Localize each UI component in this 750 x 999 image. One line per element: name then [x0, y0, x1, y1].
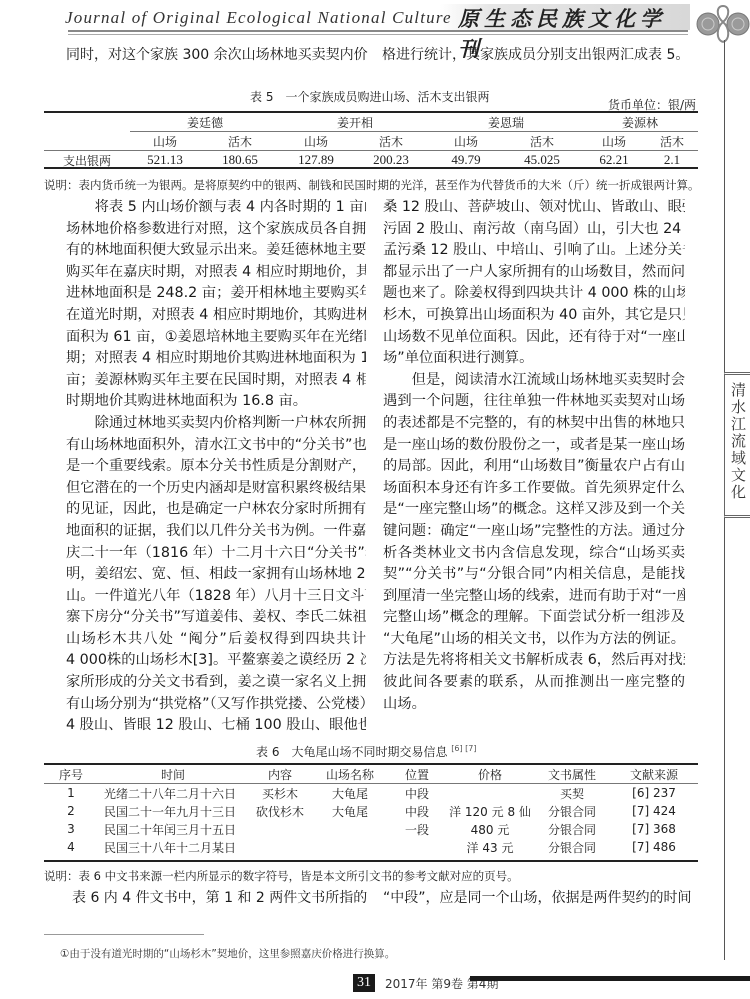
intro-left: 同时，对这个家族 300 余次山场林地买卖契内价 [66, 44, 368, 64]
table6-cell: 买契 [534, 784, 610, 803]
table6-cell: 分银合同 [534, 820, 610, 838]
table6-cell: 大龟尾 [312, 784, 388, 803]
table6-cell: 买杉木 [248, 784, 312, 803]
text-line: 是“一座完整山场”的概念。这样又涉及到一个关 [383, 499, 685, 521]
text-line: 4 股山、皆眼 12 股山、七桶 100 股山、眼他也山、丢 [66, 715, 366, 737]
table5-person: 姜恩瑞 [430, 113, 582, 132]
table5-bottom-rule [44, 167, 698, 169]
text-line: 面积为 61 亩，①姜恩培林地主要购买年在光绪时 [66, 327, 366, 349]
table6-row: 4 民国三十八年十二月某日 洋 43 元 分银合同 [7] 486 [44, 838, 698, 856]
footnote: ①由于没有道光时期的“山场杉木”契地价，这里参照嘉庆价格进行换算。 [60, 946, 395, 961]
table6-cell: 洋 43 元 [446, 838, 534, 856]
journal-title-cn: 原生态民族文化学刊 [458, 3, 688, 29]
text-line: 将表 5 内山场价额与表 4 内各时期的 1 亩山 [66, 197, 366, 219]
text-line: 庆二十一年（1816 年）十二月十六日“分关书”表 [66, 543, 366, 565]
text-line: “大龟尾”山场的相关文书，以作为方法的例证。 [383, 629, 685, 651]
table6-cell: 中段 [388, 784, 446, 803]
footer-bar [470, 976, 750, 981]
table6-cell: [6] 237 [610, 784, 698, 803]
table6-row: 1 光绪二十八年二月十六日 买杉木 大龟尾 中段 买契 [6] 237 [44, 784, 698, 803]
table6-cell: [7] 368 [610, 820, 698, 838]
text-line: 题也来了。除姜权得到四块共计 4 000 株的山场 [383, 283, 685, 305]
table6-row: 2 民国二十一年九月十三日 砍伐杉木 大龟尾 中段 洋 120 元 8 仙 分银… [44, 802, 698, 820]
table6-cell: 民国三十八年十二月某日 [98, 838, 248, 856]
table5-subheader-row: 山场 活木 山场 活木 山场 活木 山场 活木 [44, 132, 698, 151]
table6-header: 文献来源 [610, 765, 698, 784]
table6-header: 价格 [446, 765, 534, 784]
table6-cell [248, 838, 312, 856]
table5-note: 说明：表内货币统一为银两。是将原契约中的银两、制钱和民国时期的光洋，甚至作为代替… [44, 177, 700, 193]
table6-cell: 民国二十一年九月十三日 [98, 802, 248, 820]
text-line: 山场杉木共八处 “阄分”后姜权得到四块共计 [66, 629, 366, 651]
text-line: 山场。 [383, 694, 685, 716]
table5-subheader: 山场 [130, 132, 200, 151]
table6-caption-text: 表 6 大龟尾山场不同时期交易信息 [256, 745, 447, 759]
table6-cell: 分银合同 [534, 838, 610, 856]
text-line: 除通过林地买卖契内价格判断一户林农所拥 [66, 413, 366, 435]
table5-person: 姜源林 [582, 113, 698, 132]
text-line: 完整山场”概念的理解。下面尝试分析一组涉及 [383, 607, 685, 629]
text-line: 山。一件道光八年（1828 年）八月十三日文斗下 [66, 586, 366, 608]
text-line: 期；对照表 4 相应时期地价其购进林地面积为 17.4 [66, 348, 366, 370]
table6-cell: 洋 120 元 8 仙 [446, 802, 534, 820]
text-line: 遇到一个问题，往往单独一件林地买卖契对山场 [383, 391, 685, 413]
table6-cell: 一段 [388, 820, 446, 838]
text-line: 契”“分关书”与“分银合同”内相关信息，是能找 [383, 564, 685, 586]
closing-right: “中段”，应是同一个山场，依据是两件契约的时间 [383, 887, 692, 907]
table6-cell [248, 820, 312, 838]
table5-subheader: 活木 [352, 132, 430, 151]
table6-cell [446, 784, 534, 803]
table5-person-row: 姜廷德 姜开相 姜恩瑞 姜源林 [44, 113, 698, 132]
table6-cell: 1 [44, 784, 98, 803]
table6-cell: 中段 [388, 802, 446, 820]
text-line: 场”单位面积进行测算。 [383, 348, 685, 370]
table6-caption: 表 6 大龟尾山场不同时期交易信息 [6] [7] [256, 743, 477, 760]
text-line: 场面积本身还有许多工作要做。首先须界定什么 [383, 478, 685, 500]
table6-header: 时间 [98, 765, 248, 784]
text-line: 4 000株的山场杉木[3]。平鳌寨姜之谟经历 2 次分 [66, 650, 366, 672]
closing-left: 表 6 内 4 件文书中，第 1 和 2 两件文书所指的 [72, 887, 367, 907]
table6-cell: [7] 424 [610, 802, 698, 820]
text-line: 有山场林地面积外，清水江文书中的“分关书”也 [66, 435, 366, 457]
table6-cell: 光绪二十八年二月十六日 [98, 784, 248, 803]
table6-note: 说明：表 6 中文书来源一栏内所显示的数字符号，皆是本文所引文书的参考文献对应的… [44, 868, 519, 884]
footnote-rule [44, 934, 204, 935]
table6-header-row: 序号 时间 内容 山场名称 位置 价格 文书属性 文献来源 [44, 765, 698, 784]
table6-cell: 大龟尾 [312, 802, 388, 820]
text-line: 孟污桑 12 股山、中培山、引响了山。上述分关书 [383, 240, 685, 262]
table6-row: 3 民国二十年闰三月十五日 一段 480 元 分银合同 [7] 368 [44, 820, 698, 838]
header-rule [68, 30, 688, 32]
text-line: 寨下房分“分关书”写道姜伟、姜权、李氏二妹祖遗 [66, 607, 366, 629]
table6-header: 位置 [388, 765, 446, 784]
text-line: 污固 2 股山、南污故（南乌固）山，引大也 24 股山、 [383, 219, 685, 241]
table6: 序号 时间 内容 山场名称 位置 价格 文书属性 文献来源 1 光绪二十八年二月… [44, 765, 698, 856]
table5-subheader: 山场 [430, 132, 502, 151]
text-line: 有山场分别为“拱党格”（又写作拱党搂、公党楼） [66, 694, 366, 716]
table6-caption-refs: [6] [7] [451, 744, 476, 753]
text-line: 是一个重要线索。原本分关书性质是分割财产， [66, 456, 366, 478]
table6-cell: 2 [44, 802, 98, 820]
table6-cell [312, 820, 388, 838]
text-line: 家所形成的分关文书看到，姜之谟一家名义上拥 [66, 672, 366, 694]
table6-cell: 3 [44, 820, 98, 838]
table6-cell [312, 838, 388, 856]
text-line: 时期地价其购进林地面积为 16.8 亩。 [66, 391, 366, 413]
text-line: 的表述都是不完整的，有的林契中出售的林地只 [383, 413, 685, 435]
page-number: 31 [353, 974, 375, 992]
text-line: 有的林地面积便大致显示出来。姜廷德林地主要 [66, 240, 366, 262]
table6-cell: 4 [44, 838, 98, 856]
table6-cell [388, 838, 446, 856]
text-line: 的局部。因此，利用“山场数目”衡量农户占有山 [383, 456, 685, 478]
table6-header: 序号 [44, 765, 98, 784]
left-column: 将表 5 内山场价额与表 4 内各时期的 1 亩山 场林地价格参数进行对照，这个… [66, 197, 366, 737]
table5-caption: 表 5 一个家族成员购进山场、活木支出银两 [250, 88, 489, 105]
text-line: 彼此间各要素的联系，从而推测出一座完整的 [383, 672, 685, 694]
text-line: 进林地面积是 248.2 亩；姜开相林地主要购买年 [66, 283, 366, 305]
table6-header: 文书属性 [534, 765, 610, 784]
text-line: 杉木，可换算出山场面积为 40 亩外，其它是只见 [383, 305, 685, 327]
text-line: 的见证，因此，也是确定一户林农分家时所拥有林 [66, 499, 366, 521]
table6-cell: 480 元 [446, 820, 534, 838]
text-line: 购买年在嘉庆时期，对照表 4 相应时期地价，其购 [66, 262, 366, 284]
text-line: 但是，阅读清水江流域山场林地买卖契时会 [383, 370, 685, 392]
text-line: 场林地价格参数进行对照，这个家族成员各自拥 [66, 219, 366, 241]
table5-subheader: 活木 [646, 132, 698, 151]
text-line: 析各类林业文书内含信息发现，综合“山场买卖 [383, 543, 685, 565]
text-line: 亩；姜源林购买年主要在民国时期，对照表 4 相应 [66, 370, 366, 392]
text-line: 但它潜在的一个历史内涵却是财富积累终极结果 [66, 478, 366, 500]
text-line: 桑 12 股山、菩萨坡山、领对忧山、皆敢山、眼强山、 [383, 197, 685, 219]
table6-header: 山场名称 [312, 765, 388, 784]
header-rule-thin [68, 34, 688, 35]
table6-cell: [7] 486 [610, 838, 698, 856]
text-line: 山场数不见单位面积。因此，还有待于对“一座山 [383, 327, 685, 349]
intro-right: 格进行统计，其家族成员分别支出银两汇成表 5。 [382, 44, 689, 64]
table5-subheader: 活木 [502, 132, 582, 151]
table6-bottom-rule [44, 860, 698, 862]
text-line: 地面积的证据，我们以几件分关书为例。一件嘉 [66, 521, 366, 543]
text-line: 键问题：确定“一座山场”完整性的方法。通过分 [383, 521, 685, 543]
table5: 姜廷德 姜开相 姜恩瑞 姜源林 山场 活木 山场 活木 山场 活木 山场 活木 … [44, 113, 698, 169]
table5-subheader: 山场 [582, 132, 646, 151]
right-column: 桑 12 股山、菩萨坡山、领对忧山、皆敢山、眼强山、 污固 2 股山、南污故（南… [383, 197, 685, 715]
text-line: 方法是先将将相关文书解析成表 6，然后再对找到 [383, 650, 685, 672]
table5-person: 姜廷德 [130, 113, 280, 132]
table6-cell: 砍伐杉木 [248, 802, 312, 820]
table5-subheader: 山场 [280, 132, 352, 151]
table6-cell: 分银合同 [534, 802, 610, 820]
table5-person: 姜开相 [280, 113, 430, 132]
section-label: 清水江流域文化 [729, 382, 747, 501]
text-line: 都显示出了一户人家所拥有的山场数目，然而问 [383, 262, 685, 284]
text-line: 明，姜绍宏、宽、恒、相歧一家拥有山场林地 26 块 [66, 564, 366, 586]
table5-subheader: 活木 [200, 132, 280, 151]
table6-header: 内容 [248, 765, 312, 784]
table6-cell: 民国二十年闰三月十五日 [98, 820, 248, 838]
text-line: 在道光时期，对照表 4 相应时期地价，其购进林地 [66, 305, 366, 327]
journal-title-en: Journal of Original Ecological National … [65, 8, 452, 28]
text-line: 是一座山场的数份股份之一，或者是某一座山场 [383, 435, 685, 457]
text-line: 到厘清一坐完整山场的线索，进而有助于对“一座 [383, 586, 685, 608]
knot-ornament-icon [696, 4, 750, 44]
